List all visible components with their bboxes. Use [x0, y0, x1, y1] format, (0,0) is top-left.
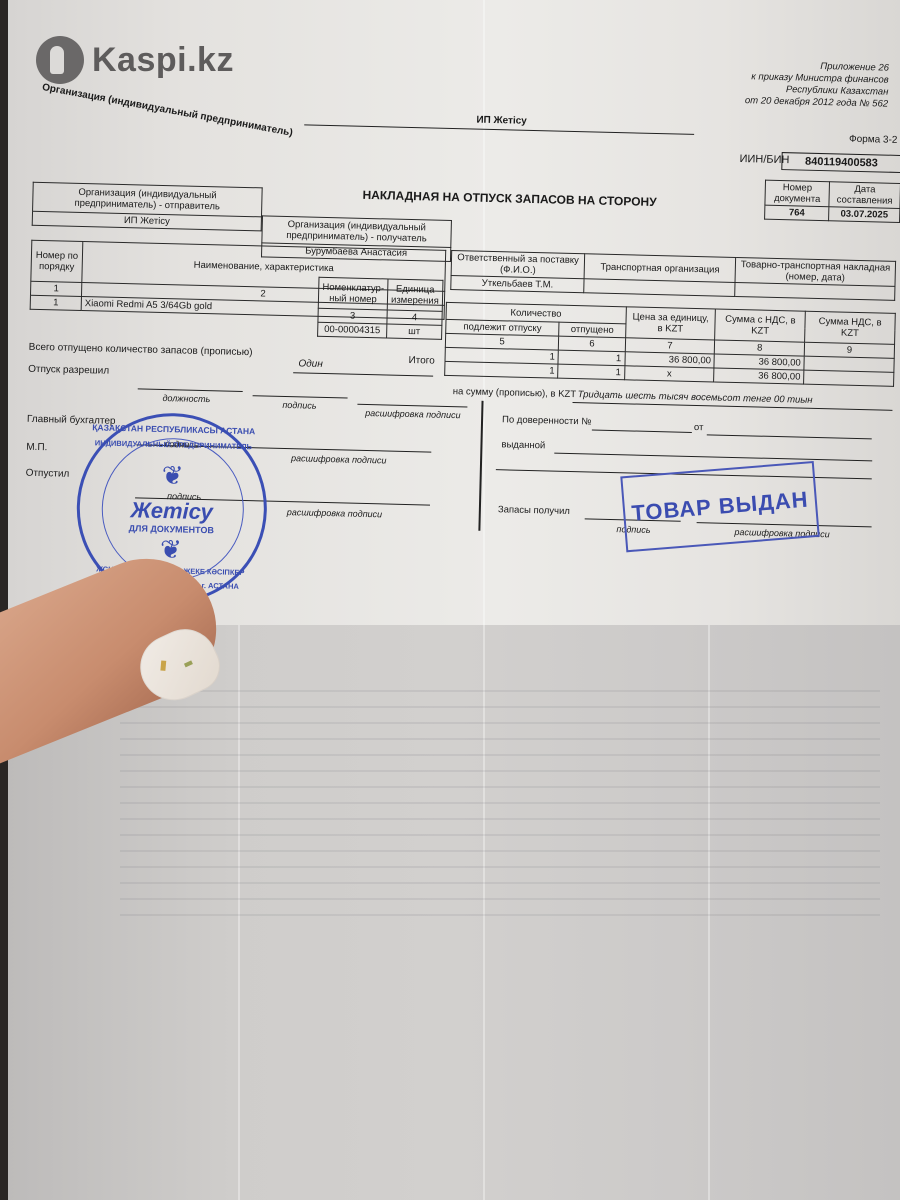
poa-number-line [592, 430, 692, 433]
total-qty-label: Всего отпущено количество запасов (пропи… [29, 342, 253, 358]
signature-line [253, 395, 348, 398]
issued-label: выданной [501, 439, 545, 451]
total-sum-vat: 36 800,00 [714, 368, 804, 384]
transport-value [584, 279, 735, 297]
responsible-label: Ответственный за поставку (Ф.И.О.) [451, 251, 585, 279]
waybill-label: Товарно-транспортная накладная (номер, д… [735, 257, 895, 286]
position-caption: должность [162, 393, 210, 404]
doc-number-table: Номер документаДата составления 76403.07… [764, 180, 900, 223]
doc-number-label: Номер документа [765, 180, 830, 207]
row-unit: шт [387, 324, 442, 339]
decoding-caption: расшифровка подписи [291, 453, 387, 465]
col-nomenclature-header: Номенклатур-ный номер [318, 277, 388, 310]
issued-line [554, 453, 872, 462]
col-price-header: Цена за единицу, в KZT [625, 307, 716, 340]
amount-label: на сумму (прописью), в KZT [453, 386, 577, 400]
kaspi-watermark: Kaspi.kz [36, 36, 234, 84]
signature-caption: подпись [282, 400, 316, 411]
doc-number: 764 [765, 205, 829, 221]
stamp-top-text: ҚАЗАҚСТАН РЕСПУБЛИКАСЫ АСТАНА [82, 422, 266, 436]
iin-value: 840119400583 [781, 152, 900, 173]
see-through-text [120, 690, 880, 930]
sender-table: Организация (индивидуальный предпринимат… [32, 182, 263, 232]
kaspi-brand-text: Kaspi.kz [92, 41, 234, 80]
table-row: 00-00004315 шт [318, 322, 442, 339]
transport-label: Транспортная организация [584, 254, 736, 283]
ornament-icon: ❦ [161, 460, 184, 492]
total-price: x [624, 366, 714, 382]
mp-label: М.П. [26, 442, 47, 454]
document-title: НАКЛАДНАЯ НА ОТПУСК ЗАПАСОВ НА СТОРОНУ [362, 188, 656, 209]
total-to-release: 1 [445, 361, 559, 378]
total-label: Итого [408, 355, 434, 367]
decoding-caption: расшифровка подписи [365, 408, 461, 420]
waybill-value [735, 282, 895, 300]
appendix-line: от 20 декабря 2012 года № 562 [745, 95, 888, 110]
doc-date-label: Дата составления [829, 182, 900, 209]
decoding-line [357, 404, 467, 408]
released-by-label: Отпустил [26, 468, 70, 480]
release-allowed-label: Отпуск разрешил [28, 364, 109, 377]
kaspi-logo-icon [36, 36, 84, 84]
appendix-block: Приложение 26 к приказу Министра финансо… [745, 59, 889, 110]
col-index: 4 [387, 310, 442, 325]
org-label: Организация (индивидуальный предпринимат… [41, 82, 293, 139]
position-line [138, 388, 243, 392]
col-num-header: Номер по порядку [31, 240, 83, 282]
items-table-right: Количество Цена за единицу, в KZT Сумма … [444, 302, 896, 387]
total-qty-value: Один [298, 358, 323, 370]
org-value: ИП Жетісу [476, 115, 527, 127]
row-nomenclature: 00-00004315 [318, 322, 387, 338]
vertical-divider [478, 401, 483, 531]
received-label: Запасы получил [498, 504, 570, 517]
col-unit-header: Единица измерения [387, 279, 443, 311]
col-vat-header: Сумма НДС, в KZT [805, 311, 896, 344]
form-number: Форма 3-2 [849, 134, 898, 146]
total-qty-line [293, 372, 433, 376]
from-label: от [694, 422, 704, 433]
col-index: 1 [30, 281, 81, 296]
goods-issued-stamp: ТОВАР ВЫДАН [620, 461, 819, 552]
poa-date-line [707, 434, 872, 439]
items-table-mid: Номенклатур-ный номер Единица измерения … [317, 277, 443, 340]
invoice-document: Организация (индивидуальный предпринимат… [0, 0, 900, 651]
doc-date: 03.07.2025 [829, 207, 900, 223]
power-of-attorney-label: По доверенности № [502, 414, 592, 427]
responsible-value: Уткельбаев Т.М. [451, 276, 584, 293]
col-sum-vat-header: Сумма с НДС, в KZT [715, 309, 806, 342]
decoding-caption: расшифровка подписи [287, 507, 383, 519]
total-released: 1 [558, 364, 625, 380]
total-vat [804, 370, 894, 386]
row-num: 1 [30, 295, 81, 310]
delivery-table: Ответственный за поставку (Ф.И.О.) Транс… [450, 250, 896, 301]
